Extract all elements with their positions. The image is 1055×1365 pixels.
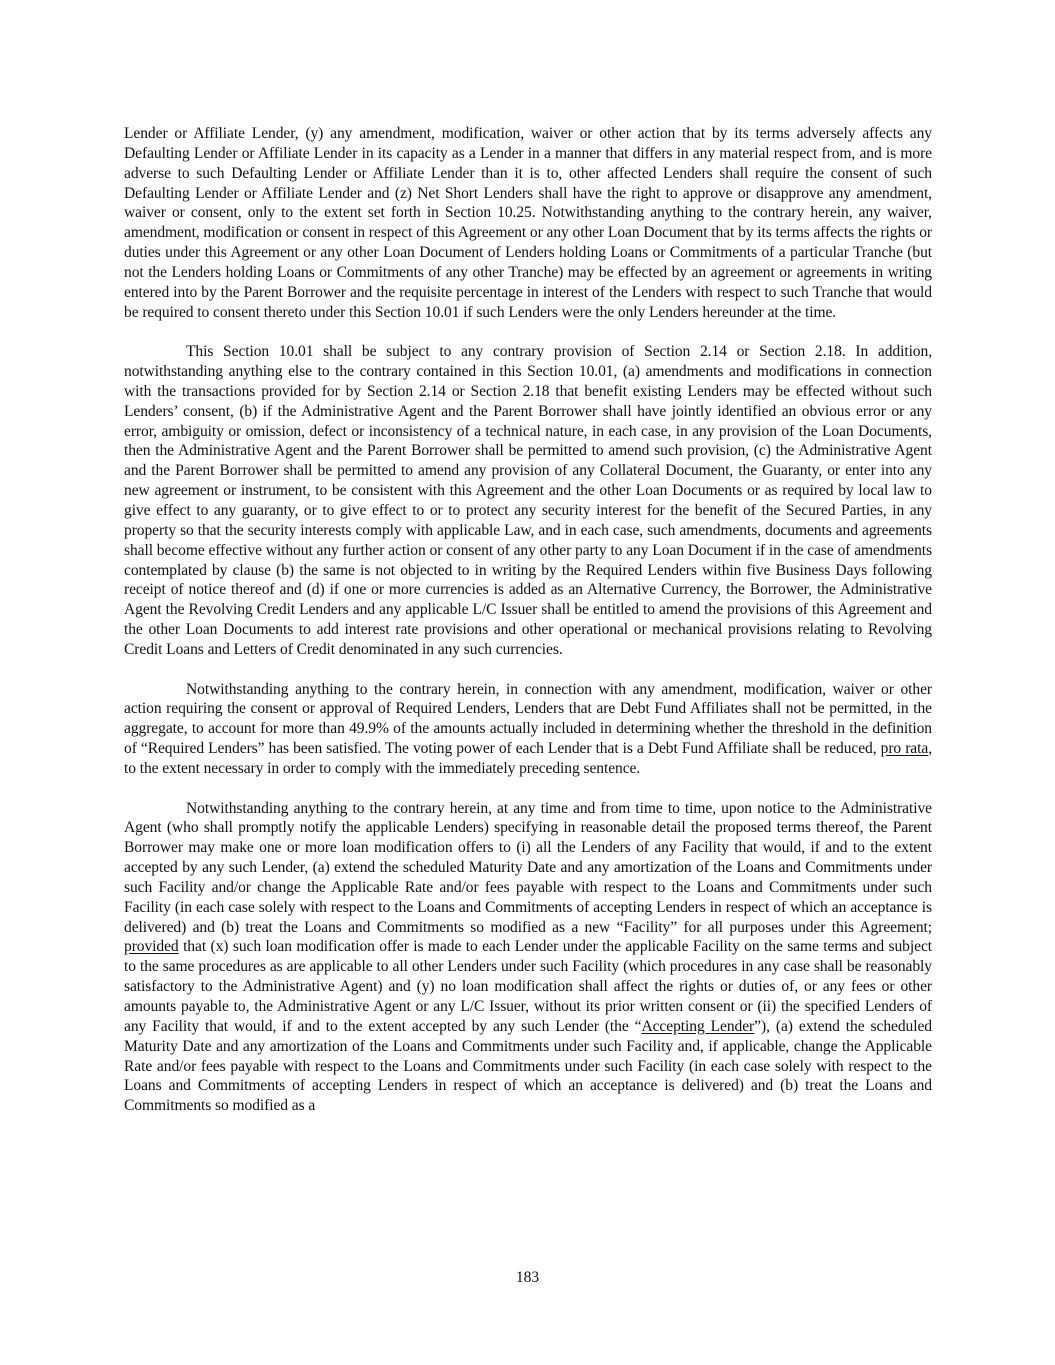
defined-term-pro-rata: pro rata [881,740,929,757]
paragraph-debt-fund-affiliates: Notwithstanding anything to the contrary… [124,680,932,779]
paragraph-section-10-01-scope: This Section 10.01 shall be subject to a… [124,342,932,660]
defined-term-accepting-lender: Accepting Lender [641,1018,754,1035]
paragraph-text: This Section 10.01 shall be subject to a… [124,343,932,658]
defined-term-provided: provided [124,938,179,955]
paragraph-text: Lender or Affiliate Lender, (y) any amen… [124,125,932,321]
paragraph-text: Notwithstanding anything to the contrary… [124,800,932,936]
paragraph-loan-modification-offers: Notwithstanding anything to the contrary… [124,799,932,1117]
document-page: Lender or Affiliate Lender, (y) any amen… [124,124,932,1136]
paragraph-1-continuation: Lender or Affiliate Lender, (y) any amen… [124,124,932,322]
paragraph-text: Notwithstanding anything to the contrary… [124,681,932,758]
page-number: 183 [0,1268,1055,1288]
